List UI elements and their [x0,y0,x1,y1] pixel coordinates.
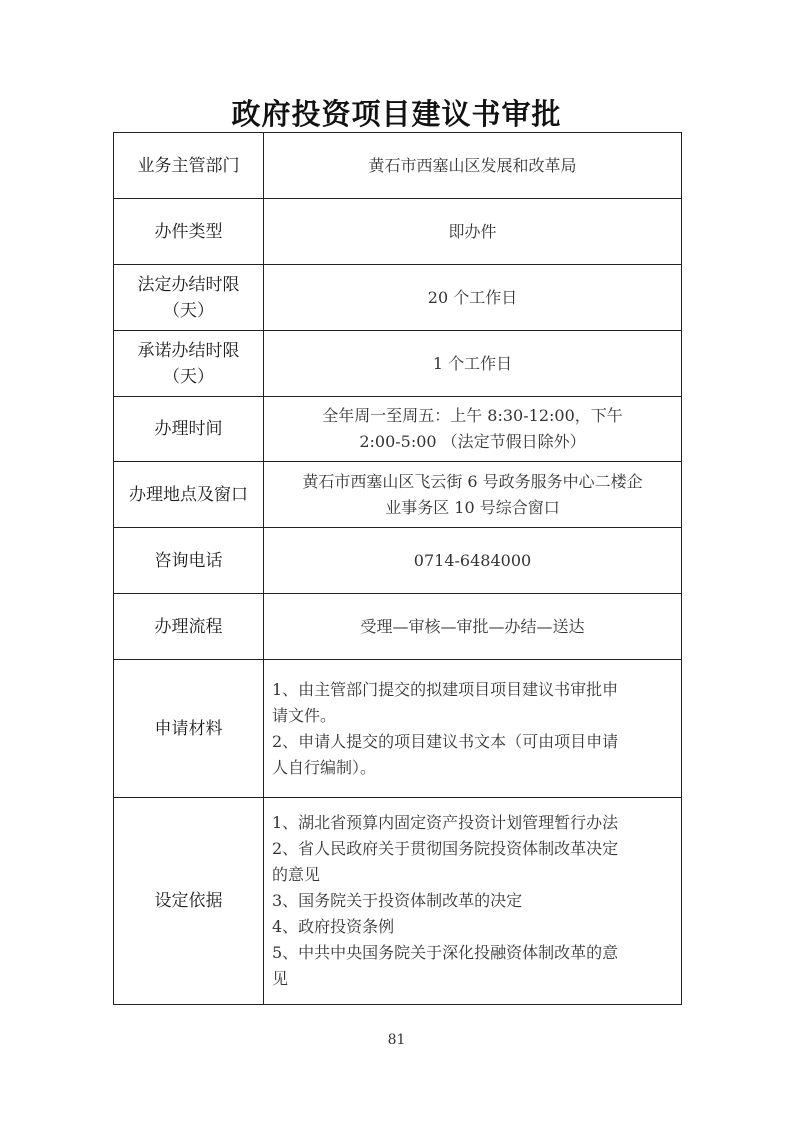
row-label: 办理时间 [114,397,264,462]
table-row-process: 办理流程 受理—审核—审批—办结—送达 [114,594,682,660]
row-label: 设定依据 [114,798,264,1005]
table-row-legal-basis: 设定依据 1、湖北省预算内固定资产投资计划管理暂行办法 2、省人民政府关于贯彻国… [114,798,682,1005]
row-value: 1、湖北省预算内固定资产投资计划管理暂行办法 2、省人民政府关于贯彻国务院投资体… [264,798,682,1005]
table-row-phone: 咨询电话 0714-6484000 [114,528,682,594]
row-value: 0714-6484000 [264,528,682,594]
table-row-materials: 申请材料 1、由主管部门提交的拟建项目项目建议书审批申 请文件。 2、申请人提交… [114,660,682,798]
page-number: 81 [0,1032,793,1048]
row-value: 全年周一至周五：上午 8:30-12:00，下午 2:00-5:00 （法定节假… [264,397,682,462]
row-value: 受理—审核—审批—办结—送达 [264,594,682,660]
row-value: 20 个工作日 [264,265,682,331]
document-title: 政府投资项目建议书审批 [0,92,793,133]
info-table: 业务主管部门 黄石市西塞山区发展和改革局 办件类型 即办件 法定办结时限 （天）… [113,132,682,1005]
row-label: 承诺办结时限 （天） [114,331,264,397]
row-value: 黄石市西塞山区飞云街 6 号政务服务中心二楼企 业事务区 10 号综合窗口 [264,462,682,528]
row-value: 1 个工作日 [264,331,682,397]
row-value: 黄石市西塞山区发展和改革局 [264,133,682,199]
row-label: 申请材料 [114,660,264,798]
table-row-department: 业务主管部门 黄石市西塞山区发展和改革局 [114,133,682,199]
row-label: 办理地点及窗口 [114,462,264,528]
table-row-location: 办理地点及窗口 黄石市西塞山区飞云街 6 号政务服务中心二楼企 业事务区 10 … [114,462,682,528]
row-value: 即办件 [264,199,682,265]
row-label: 咨询电话 [114,528,264,594]
row-label: 业务主管部门 [114,133,264,199]
row-label: 法定办结时限 （天） [114,265,264,331]
row-value: 1、由主管部门提交的拟建项目项目建议书审批申 请文件。 2、申请人提交的项目建议… [264,660,682,798]
table-row-legal-time-limit: 法定办结时限 （天） 20 个工作日 [114,265,682,331]
table-row-promised-time-limit: 承诺办结时限 （天） 1 个工作日 [114,331,682,397]
row-label: 办件类型 [114,199,264,265]
table-row-case-type: 办件类型 即办件 [114,199,682,265]
table-row-office-hours: 办理时间 全年周一至周五：上午 8:30-12:00，下午 2:00-5:00 … [114,397,682,462]
row-label: 办理流程 [114,594,264,660]
